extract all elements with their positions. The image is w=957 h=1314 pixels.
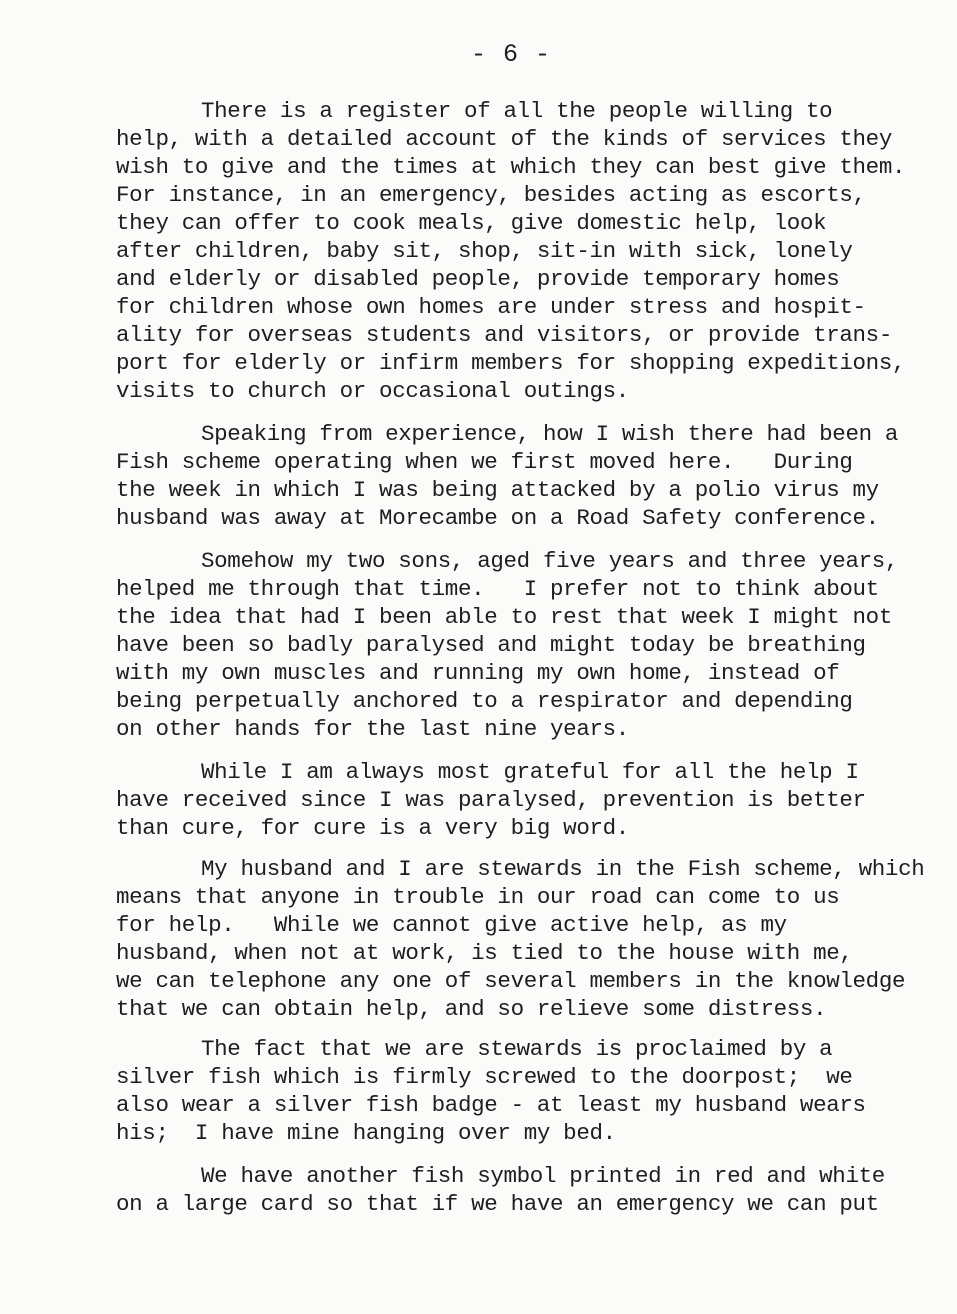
text-line: for children whose own homes are under s… (116, 293, 905, 321)
text-line: have received since I was paralysed, pre… (116, 786, 866, 814)
page-number: - 6 - (0, 40, 957, 69)
text-line: on other hands for the last nine years. (116, 715, 898, 743)
paragraph-stewards: My husband and I are stewards in the Fis… (116, 855, 924, 1023)
text-line: that we can obtain help, and so relieve … (116, 995, 924, 1023)
text-line: We have another fish symbol printed in r… (116, 1162, 885, 1190)
text-line: ality for overseas students and visitors… (116, 321, 905, 349)
text-line: they can offer to cook meals, give domes… (116, 209, 905, 237)
text-line: with my own muscles and running my own h… (116, 659, 898, 687)
text-line: means that anyone in trouble in our road… (116, 883, 924, 911)
paragraph-prevention: While I am always most grateful for all … (116, 758, 866, 842)
text-line: For instance, in an emergency, besides a… (116, 181, 905, 209)
text-line: being perpetually anchored to a respirat… (116, 687, 898, 715)
text-line: the week in which I was being attacked b… (116, 476, 898, 504)
text-line: helped me through that time. I prefer no… (116, 575, 898, 603)
text-line: There is a register of all the people wi… (116, 97, 905, 125)
document-page: - 6 - There is a register of all the peo… (0, 0, 957, 1314)
text-line: the idea that had I been able to rest th… (116, 603, 898, 631)
text-line: husband was away at Morecambe on a Road … (116, 504, 898, 532)
text-line: silver fish which is firmly screwed to t… (116, 1063, 866, 1091)
paragraph-silver-fish: The fact that we are stewards is proclai… (116, 1035, 866, 1147)
text-line: wish to give and the times at which they… (116, 153, 905, 181)
text-line: While I am always most grateful for all … (116, 758, 866, 786)
paragraph-sons: Somehow my two sons, aged five years and… (116, 547, 898, 743)
text-line: than cure, for cure is a very big word. (116, 814, 866, 842)
text-line: after children, baby sit, shop, sit-in w… (116, 237, 905, 265)
text-line: Speaking from experience, how I wish the… (116, 420, 898, 448)
text-line: have been so badly paralysed and might t… (116, 631, 898, 659)
text-line: on a large card so that if we have an em… (116, 1190, 885, 1218)
text-line: port for elderly or infirm members for s… (116, 349, 905, 377)
paragraph-experience: Speaking from experience, how I wish the… (116, 420, 898, 532)
paragraph-register: There is a register of all the people wi… (116, 97, 905, 405)
text-line: My husband and I are stewards in the Fis… (116, 855, 924, 883)
text-line: for help. While we cannot give active he… (116, 911, 924, 939)
text-line: The fact that we are stewards is proclai… (116, 1035, 866, 1063)
text-line: and elderly or disabled people, provide … (116, 265, 905, 293)
text-line: visits to church or occasional outings. (116, 377, 905, 405)
text-line: Fish scheme operating when we first move… (116, 448, 898, 476)
text-line: husband, when not at work, is tied to th… (116, 939, 924, 967)
text-line: also wear a silver fish badge - at least… (116, 1091, 866, 1119)
text-line: his; I have mine hanging over my bed. (116, 1119, 866, 1147)
text-line: help, with a detailed account of the kin… (116, 125, 905, 153)
text-line: Somehow my two sons, aged five years and… (116, 547, 898, 575)
text-line: we can telephone any one of several memb… (116, 967, 924, 995)
paragraph-fish-symbol: We have another fish symbol printed in r… (116, 1162, 885, 1218)
